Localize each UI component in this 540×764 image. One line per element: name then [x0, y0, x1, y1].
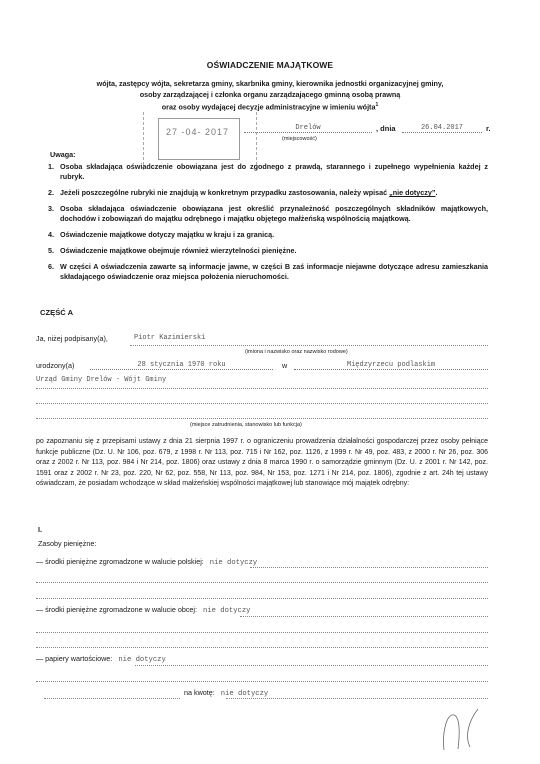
subtitle-line-2: osoby zarządzającej i członka organu zar… [30, 89, 510, 100]
name-field[interactable]: Piotr Kazimierski [134, 334, 205, 342]
employment-caption: (miejsce zatrudnienia, stanowisko lub fu… [190, 422, 302, 428]
birth-place-field[interactable]: Międzyrzecu podlaskim [294, 361, 488, 370]
nie-dotyczy-phrase: „nie dotyczy” [389, 188, 435, 197]
section-heading: Zasoby pieniężne: [38, 539, 96, 548]
note-item: 6. W części A oświadczenia zawarte są in… [48, 262, 488, 282]
notes-heading: Uwaga: [50, 150, 76, 159]
amount-field[interactable]: nie dotyczy [221, 690, 268, 698]
foreign-line-3 [36, 647, 488, 648]
securities-row: — papiery wartościowe: nie dotyczy [36, 654, 166, 664]
employment-line-3 [36, 418, 488, 419]
stamp-date: 27 -04- 2017 [166, 127, 229, 137]
subtitle-line-3: oraz osoby wydającej decyzje administrac… [162, 102, 376, 111]
securities-label: — papiery wartościowe: [36, 654, 112, 663]
place-caption: (miejscowość) [282, 136, 317, 142]
note-item: 4. Oświadczenie majątkowe dotyczy majątk… [48, 230, 488, 240]
foreign-line-2 [36, 632, 488, 633]
employment-row: Urząd Gminy Drelów - Wójt Gminy [36, 376, 488, 388]
securities-line [135, 665, 488, 666]
subtitle-line-1: wójta, zastępcy wójta, sekretarza gminy,… [30, 78, 510, 89]
birth-date-field[interactable]: 28 stycznia 1970 roku [90, 361, 273, 370]
born-label: urodzony(a) [36, 361, 74, 370]
amount-line [226, 698, 488, 699]
section-number: I. [38, 525, 42, 534]
signed-label: Ja, niżej podpisany(a), [36, 334, 108, 343]
place-field[interactable]: Drelów [244, 124, 372, 133]
note-item: 2. Jeżeli poszczególne rubryki nie znajd… [48, 188, 488, 198]
document-title: OŚWIADCZENIE MAJĄTKOWE [0, 60, 540, 70]
pln-line-3 [36, 598, 488, 599]
foreign-row: — środki pieniężne zgromadzone w walucie… [36, 605, 250, 615]
pln-field[interactable]: nie dotyczy [210, 559, 257, 567]
employment-line-2 [36, 403, 488, 404]
notes-list: 1. Osoba składająca oświadczenie obowiąz… [48, 162, 488, 288]
legal-paragraph: po zapoznaniu się z przepisami ustawy z … [36, 437, 488, 490]
pln-label: — środki pieniężne zgromadzone w walucie… [36, 557, 204, 566]
securities-line-2 [36, 681, 488, 682]
part-a-heading: CZĘŚĆ A [40, 308, 73, 317]
employment-field[interactable]: Urząd Gminy Drelów - Wójt Gminy [36, 376, 166, 384]
footnote-mark: 1 [375, 102, 378, 108]
foreign-field[interactable]: nie dotyczy [203, 607, 250, 615]
note-item: 3. Osoba składająca oświadczenie obowiąz… [48, 204, 488, 224]
received-stamp [158, 118, 240, 160]
date-label: , dnia [376, 124, 396, 133]
signature-mark [440, 705, 490, 755]
name-line [130, 345, 488, 346]
securities-field[interactable]: nie dotyczy [118, 656, 165, 664]
amount-prefix-line [44, 698, 180, 699]
note-item: 1. Osoba składająca oświadczenie obowiąz… [48, 162, 488, 182]
pln-row: — środki pieniężne zgromadzone w walucie… [36, 557, 257, 567]
birth-row: urodzony(a) 28 stycznia 1970 roku w Międ… [36, 361, 488, 373]
year-suffix: r. [486, 124, 491, 133]
pln-line [250, 567, 488, 568]
amount-label: na kwotę: [184, 688, 215, 697]
name-caption: (imiona i nazwisko oraz nazwisko rodowe) [245, 349, 348, 355]
date-field[interactable]: 26.04.2017 [402, 124, 482, 133]
pln-line-2 [36, 582, 488, 583]
employment-line-1 [36, 388, 488, 389]
foreign-label: — środki pieniężne zgromadzone w walucie… [36, 605, 197, 614]
declaration-page: OŚWIADCZENIE MAJĄTKOWE wójta, zastępcy w… [0, 0, 540, 764]
amount-row: na kwotę: nie dotyczy [184, 688, 268, 698]
foreign-line [240, 616, 488, 617]
note-item: 5. Oświadczenie majątkowe obejmuje równi… [48, 246, 488, 256]
birth-place-label: w [282, 361, 287, 370]
document-subtitle: wójta, zastępcy wójta, sekretarza gminy,… [30, 78, 510, 112]
place-date-row: Drelów (miejscowość) , dnia 26.04.2017 r… [244, 124, 524, 144]
